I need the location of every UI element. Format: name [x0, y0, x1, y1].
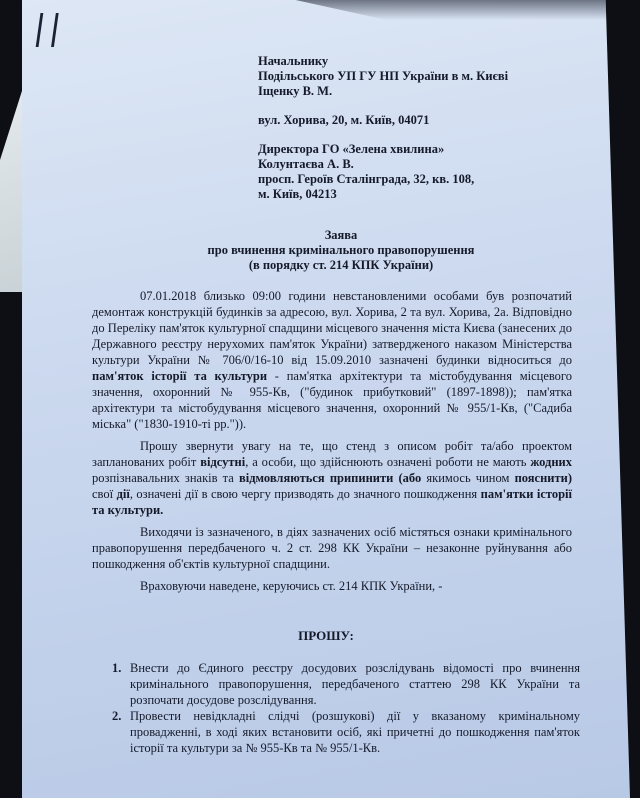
handwritten-mark: ||	[31, 8, 68, 48]
title-line-2: про вчинення кримінального правопорушенн…	[52, 243, 630, 258]
title-line-3: (в порядку ст. 214 КПК України)	[52, 258, 630, 273]
document-title: Заява про вчинення кримінального правопо…	[22, 228, 630, 273]
recipient-department: Подільського УП ГУ НП України в м. Києві	[258, 69, 598, 84]
sender-title: Директора ГО «Зелена хвилина»	[258, 142, 598, 157]
request-list: 1. Внести до Єдиного реєстру досудових р…	[112, 660, 580, 756]
body-text: 07.01.2018 близько 09:00 години невстано…	[92, 288, 572, 594]
document-page: || Начальнику Подільського УП ГУ НП Укра…	[22, 0, 630, 798]
paragraph-3: Виходячи із зазначеного, в діях зазначен…	[92, 524, 572, 572]
request-heading: ПРОШУ:	[22, 628, 630, 644]
paragraph-2: Прошу звернути увагу на те, що стенд з о…	[92, 438, 572, 518]
addressee-block: Начальнику Подільського УП ГУ НП України…	[258, 54, 598, 202]
sender-name: Колунтаєва А. В.	[258, 157, 598, 172]
sender-city: м. Київ, 04213	[258, 187, 598, 202]
paragraph-4: Враховуючи наведене, керуючись ст. 214 К…	[92, 578, 572, 594]
title-line-1: Заява	[52, 228, 630, 243]
request-item: 2. Провести невідкладні слідчі (розшуков…	[112, 708, 580, 756]
request-item: 1. Внести до Єдиного реєстру досудових р…	[112, 660, 580, 708]
paragraph-1: 07.01.2018 близько 09:00 години невстано…	[92, 288, 572, 432]
recipient-name: Іщенку В. М.	[258, 84, 598, 99]
recipient-address: вул. Хорива, 20, м. Київ, 04071	[258, 113, 598, 128]
sender-address: просп. Героїв Сталінграда, 32, кв. 108,	[258, 172, 598, 187]
recipient-title: Начальнику	[258, 54, 598, 69]
